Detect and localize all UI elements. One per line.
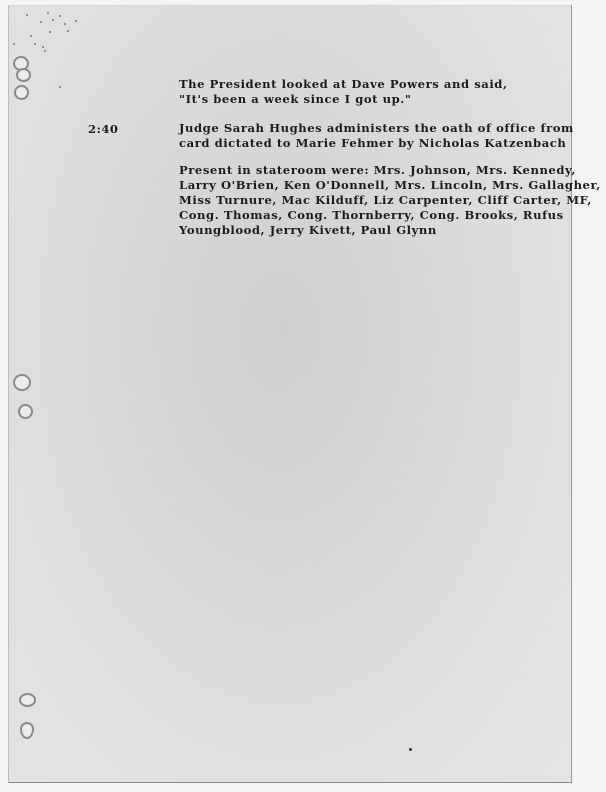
text-line: Judge Sarah Hughes administers the oath …	[179, 121, 574, 136]
document-page: The President looked at Dave Powers and …	[8, 5, 572, 783]
text-line: Cong. Thomas, Cong. Thornberry, Cong. Br…	[179, 208, 601, 223]
text-line: Youngblood, Jerry Kivett, Paul Glynn	[179, 223, 601, 238]
hole-punch-bottom-icon	[19, 693, 36, 707]
hole-punch-bottom-icon	[20, 722, 34, 739]
entry-quote: The President looked at Dave Powers and …	[179, 77, 508, 107]
hole-punch-top-icon	[16, 68, 31, 82]
hole-punch-middle-icon	[13, 374, 31, 391]
text-line: The President looked at Dave Powers and …	[179, 77, 508, 92]
hole-punch-middle-icon	[18, 404, 33, 419]
text-line: Present in stateroom were: Mrs. Johnson,…	[179, 163, 601, 178]
text-line: "It's been a week since I got up."	[179, 92, 508, 107]
entry-attendees: Present in stateroom were: Mrs. Johnson,…	[179, 163, 601, 238]
entry-time: 2:40	[88, 122, 118, 136]
text-line: Larry O'Brien, Ken O'Donnell, Mrs. Linco…	[179, 178, 601, 193]
text-line: Miss Turnure, Mac Kilduff, Liz Carpenter…	[179, 193, 601, 208]
entry-oath: Judge Sarah Hughes administers the oath …	[179, 121, 574, 151]
hole-punch-top-icon	[14, 85, 29, 100]
scan-speck	[409, 748, 412, 751]
text-line: card dictated to Marie Fehmer by Nichola…	[179, 136, 574, 151]
